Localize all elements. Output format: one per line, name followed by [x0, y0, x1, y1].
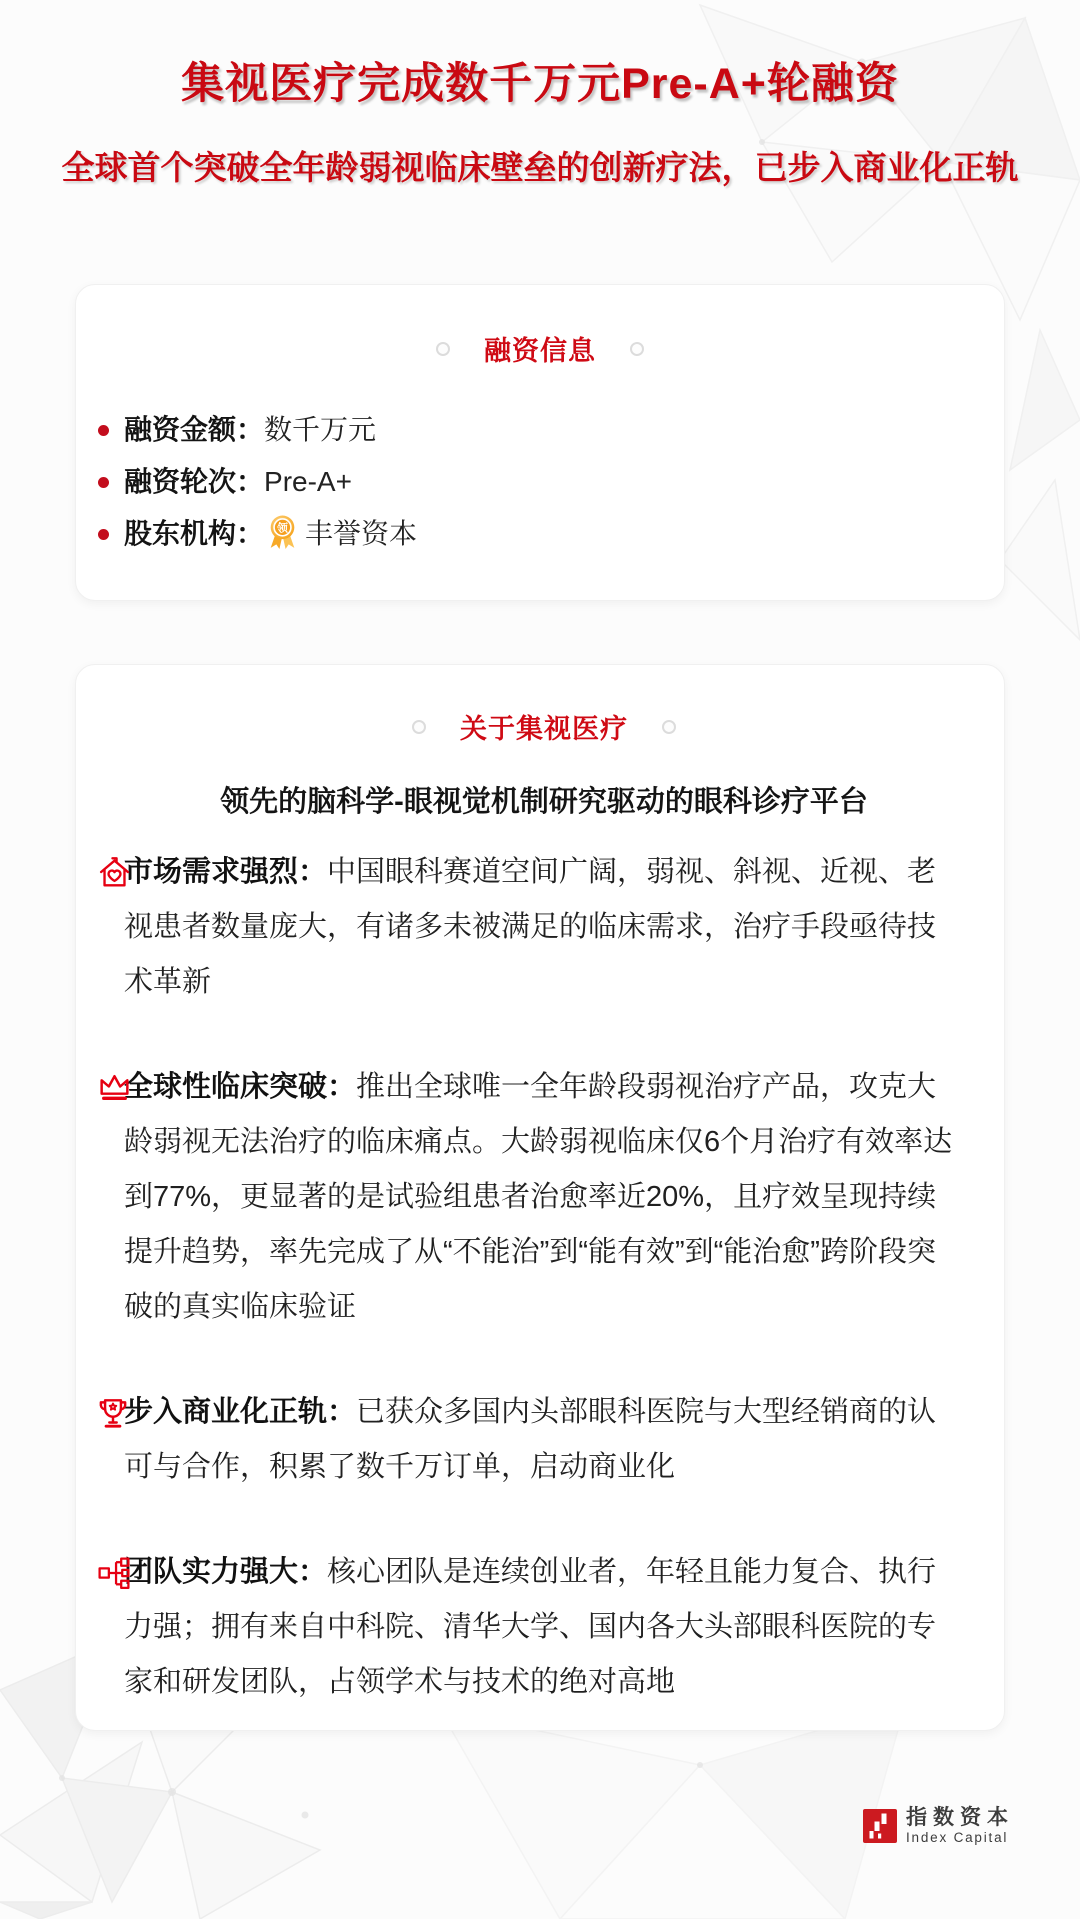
feature-label: 市场需求强烈： — [124, 856, 327, 888]
about-company-card: 关于集视医疗 领先的脑科学-眼视觉机制研究驱动的眼科诊疗平台 市场需求强烈：中国… — [75, 664, 1005, 1731]
feature-label: 步入商业化正轨： — [124, 1396, 356, 1428]
funding-value: 丰誉资本 — [305, 518, 417, 549]
funding-card-title: 融资信息 — [484, 329, 596, 368]
funding-value: Pre-A+ — [264, 466, 352, 497]
bullet-dot-icon — [98, 529, 109, 540]
ring-decoration-icon — [412, 720, 426, 734]
funding-info-card: 融资信息 融资金额：数千万元 融资轮次：Pre-A+ 股东机构： — [75, 284, 1005, 601]
feature-label: 团队实力强大： — [124, 1556, 327, 1588]
funding-list: 融资金额：数千万元 融资轮次：Pre-A+ 股东机构： 领 丰誉资本 — [124, 404, 956, 560]
funding-value: 数千万元 — [264, 414, 376, 445]
org-chart-icon — [96, 1555, 132, 1591]
logo-text: 指数资本 Index Capital — [906, 1806, 1014, 1846]
bullet-dot-icon — [98, 425, 109, 436]
index-capital-logo-mark-icon — [863, 1809, 897, 1843]
feature-team-strength: 团队实力强大：核心团队是连续创业者，年轻且能力复合、执行力强；拥有来自中科院、清… — [124, 1545, 964, 1710]
feature-text: 推出全球唯一全年龄段弱视治疗产品，攻克大龄弱视无法治疗的临床痛点。大龄弱视临床仅… — [124, 1071, 952, 1323]
funding-row-investor: 股东机构： 领 丰誉资本 — [124, 508, 956, 560]
about-tagline: 领先的脑科学-眼视觉机制研究驱动的眼科诊疗平台 — [124, 782, 964, 823]
about-card-title: 关于集视医疗 — [460, 707, 628, 746]
feature-market-demand: 市场需求强烈：中国眼科赛道空间广阔，弱视、斜视、近视、老视患者数量庞大，有诸多未… — [124, 845, 964, 1010]
logo-english-name: Index Capital — [906, 1830, 1014, 1846]
funding-label: 股东机构： — [124, 518, 264, 549]
funding-label: 融资金额： — [124, 414, 264, 445]
funding-label: 融资轮次： — [124, 466, 264, 497]
lead-investor-medal-icon: 领 — [266, 514, 299, 551]
page-title: 集视医疗完成数千万元Pre-A+轮融资 — [0, 58, 1080, 110]
feature-label: 全球性临床突破： — [124, 1071, 356, 1103]
page-subtitle: 全球首个突破全年龄弱视临床壁垒的创新疗法，已步入商业化正轨 — [0, 147, 1080, 188]
logo-chinese-name: 指数资本 — [906, 1806, 1014, 1830]
funding-row-amount: 融资金额：数千万元 — [124, 404, 956, 456]
funding-card-header: 融资信息 — [124, 329, 956, 368]
index-capital-logo: 指数资本 Index Capital — [863, 1806, 1014, 1846]
page-header: 集视医疗完成数千万元Pre-A+轮融资 全球首个突破全年龄弱视临床壁垒的创新疗法… — [0, 0, 1080, 188]
ring-decoration-icon — [630, 342, 644, 356]
crown-icon — [96, 1070, 133, 1103]
trophy-icon — [96, 1395, 130, 1432]
feature-clinical-breakthrough: 全球性临床突破：推出全球唯一全年龄段弱视治疗产品，攻克大龄弱视无法治疗的临床痛点… — [124, 1060, 964, 1335]
ring-decoration-icon — [662, 720, 676, 734]
house-heart-icon — [96, 855, 133, 891]
funding-row-round: 融资轮次：Pre-A+ — [124, 456, 956, 508]
about-card-header: 关于集视医疗 — [124, 707, 964, 746]
svg-text:领: 领 — [276, 521, 288, 534]
feature-commercialization: 步入商业化正轨：已获众多国内头部眼科医院与大型经销商的认可与合作，积累了数千万订… — [124, 1385, 964, 1495]
feature-list: 市场需求强烈：中国眼科赛道空间广阔，弱视、斜视、近视、老视患者数量庞大，有诸多未… — [124, 845, 964, 1710]
bullet-dot-icon — [98, 477, 109, 488]
ring-decoration-icon — [436, 342, 450, 356]
